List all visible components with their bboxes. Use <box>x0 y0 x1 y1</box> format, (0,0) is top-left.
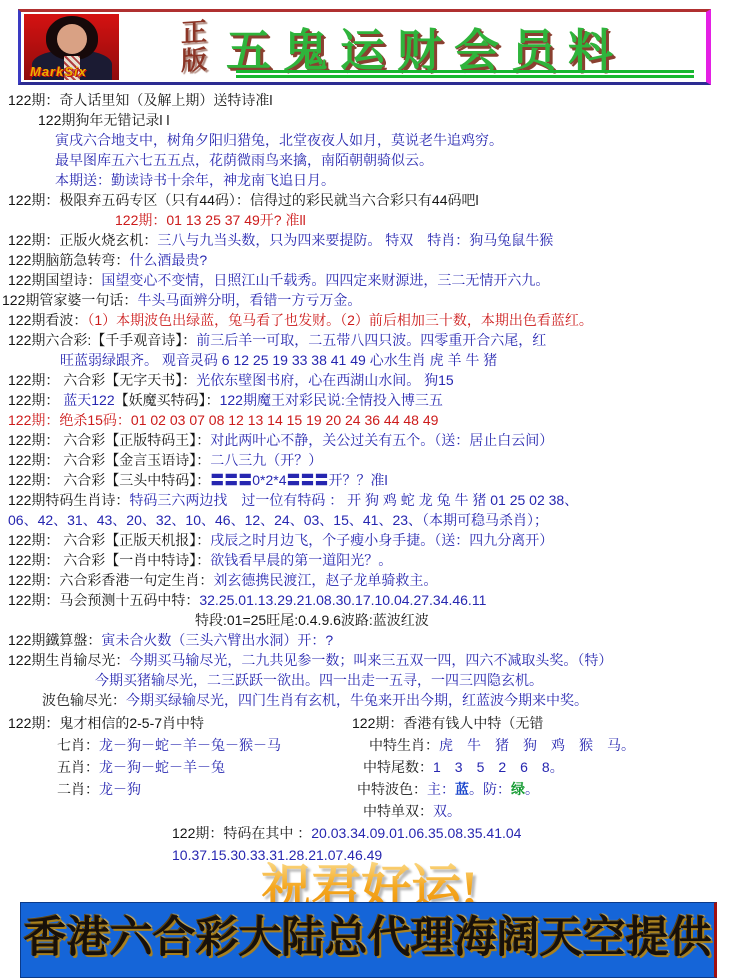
text-segment: 【妖魔买特码】： <box>115 392 220 408</box>
text-line: 中特尾数：1 3 5 2 6 8。 <box>352 756 739 778</box>
text-segment: 中特单双： <box>363 803 433 819</box>
text-line: 特段:01=25旺尾:0.4.9.6波路:蓝波红波 <box>0 610 739 630</box>
text-segment: 32.25.01.13.29.21.08.30.17.10.04.27.34.4… <box>199 592 486 608</box>
text-line: 中特生肖：虎 牛 猪 狗 鸡 猴 马。 <box>352 734 739 756</box>
text-line: 122期：马会预测十五码中特：32.25.01.13.29.21.08.30.1… <box>0 590 739 610</box>
text-segment: 欲钱看早晨的第一道阳光？。 <box>210 552 392 568</box>
text-segment: 五肖： <box>57 759 99 775</box>
text-line: 122期看波：（1）本期波色出绿蓝，兔马看了也发财。（2）前后相加三十数，本期出… <box>0 310 739 330</box>
text-segment: 龙－狗－蛇－羊－兔 <box>99 759 225 775</box>
text-segment: 旺蓝弱绿跟齐。 观音灵码 6 12 25 19 33 38 41 49 心水生肖… <box>60 352 497 368</box>
zodiac-column-right: 122期：香港有钱人中特（无错中特生肖：虎 牛 猪 狗 鸡 猴 马。中特尾数：1… <box>352 712 739 822</box>
text-segment: 122期： 六合彩【三头中特码】： <box>8 472 210 488</box>
text-segment: 龙－狗 <box>99 781 141 797</box>
text-line: 122期：正版火烧玄机：三八与九当头数，只为四来要提防。 特双 特肖：狗马兔鼠牛… <box>0 230 739 250</box>
text-segment: 122期： 六合彩【一肖中特诗】： <box>8 552 210 568</box>
text-segment: 二八三九（开？） <box>210 452 322 468</box>
text-segment: 二肖： <box>57 781 99 797</box>
edition-label: 正版 <box>181 17 211 75</box>
text-line: 中特单双：双。 <box>352 800 739 822</box>
text-segment: 寅未合火数（三头六臂出水洞）开：? <box>101 632 333 648</box>
title-underline <box>236 70 694 79</box>
text-segment: 今期买猪输尽光，二三跃跃一欲出。四一出走一五寻，一四三四隐玄机。 <box>95 672 543 688</box>
text-line: 122期管家婆一句话：牛头马面辨分明，看错一方亏万金。 <box>0 290 739 310</box>
text-line: 旺蓝弱绿跟齐。 观音灵码 6 12 25 19 33 38 41 49 心水生肖… <box>0 350 739 370</box>
text-segment: 122期鐵算盤： <box>8 632 101 648</box>
text-line: 今期买猪输尽光，二三跃跃一欲出。四一出走一五寻，一四三四隐玄机。 <box>0 670 739 690</box>
text-segment: 三八与九当头数，只为四来要提防。 特双 特肖：狗马兔鼠牛猴 <box>157 232 553 248</box>
portrait-photo: MarkSix <box>24 14 121 80</box>
text-segment: 122期： 六合彩【正版天机报】： <box>8 532 210 548</box>
text-segment: 122期：01 13 25 37 49开? 准ll <box>115 212 306 228</box>
text-segment: 122期：特码在其中 ： <box>172 825 311 841</box>
text-line: 122期六合彩:【千手观音诗】：前三后羊一可取，二五带八四只波。四零重开合六尾，… <box>0 330 739 350</box>
text-segment: 122期看波： <box>8 312 87 328</box>
text-segment: 。防： <box>469 781 511 797</box>
text-segment: 122期：六合彩香港一句定生肖： <box>8 572 213 588</box>
text-segment: 今期买绿输尽光，四门生肖有玄机，牛兔来开出今期，红蓝波今期来中奖。 <box>126 692 588 708</box>
text-segment: 06、42、31、43、20、32、10、46、12、24、03、15、41、2… <box>8 512 548 528</box>
text-segment: 中特尾数： <box>363 759 433 775</box>
text-line: 中特波色：主：蓝。防：绿。 <box>352 778 739 800</box>
text-segment: 主： <box>427 781 455 797</box>
zodiac-columns: 122期：鬼才相信的2-5-7肖中特七肖：龙－狗－蛇－羊－兔－猴－马五肖：龙－狗… <box>0 712 739 822</box>
text-segment: 开？？准l <box>329 472 388 488</box>
text-segment: 蓝天122 <box>63 392 114 408</box>
text-segment: 122期：香港有钱人中特（无错 <box>352 715 543 731</box>
text-line: 122期生肖输尽光：今期买马输尽光，二九共见参一数；叫来三五双一四，四六不减取头… <box>0 650 739 670</box>
text-line: 本期送：勤读诗书十余年，神龙南飞追日月。 <box>0 170 739 190</box>
text-line: 122期：极限弃五码专区（只有44码）：信得过的彩民就当六合彩只有44码吧l <box>0 190 739 210</box>
text-segment: 最早图库五六七五五点，花荫微雨鸟来擒，南陌朝朝骑似云。 <box>55 152 433 168</box>
text-line: 七肖：龙－狗－蛇－羊－兔－猴－马 <box>0 734 352 756</box>
text-segment: 122期狗年无错记录l l <box>38 112 169 128</box>
text-line: 122期： 六合彩【无字天书】：光依东壁图书府，心在西湖山水间。 狗15 <box>0 370 739 390</box>
text-line: 122期脑筋急转弯：什么酒最贵? <box>0 250 739 270</box>
text-segment: 虎 牛 猪 狗 鸡 猴 马。 <box>439 737 635 753</box>
text-segment: 122期特码生肖诗： <box>8 492 129 508</box>
text-line: 122期狗年无错记录l l <box>0 110 739 130</box>
text-segment: 122期： 六合彩【正版特码王】： <box>8 432 210 448</box>
text-segment: 20.03.34.09.01.06.35.08.35.41.04 <box>311 825 521 841</box>
text-segment: 〓〓〓 <box>287 472 329 488</box>
text-line: 122期：鬼才相信的2-5-7肖中特 <box>0 712 352 734</box>
text-line: 寅戌六合地支中，树角夕阳归猎兔，北堂夜夜人如月，莫说老牛追鸡穷。 <box>0 130 739 150</box>
text-segment: 122期国望诗： <box>8 272 101 288</box>
text-segment: 122期：极限弃五码专区（只有44码）：信得过的彩民就当六合彩只有44码吧l <box>8 192 479 208</box>
text-segment: 0*2*4 <box>252 472 286 488</box>
text-segment: 今期买马输尽光，二九共见参一数；叫来三五双一四，四六不减取头奖。（特） <box>129 652 612 668</box>
text-segment: 中特生肖： <box>369 737 439 753</box>
text-line: 122期：特码在其中 ：20.03.34.09.01.06.35.08.35.4… <box>0 822 739 844</box>
text-segment: 1 3 5 2 6 8。 <box>433 759 564 775</box>
text-segment: （1）本期波色出绿蓝，兔马看了也发财。（2）前后相加三十数，本期出色看蓝红。 <box>87 312 593 328</box>
text-line: 122期特码生肖诗：特码三六两边找 过一位有特码 ： 开 狗 鸡 蛇 龙 兔 牛… <box>0 490 739 510</box>
text-segment: 绿 <box>511 781 525 797</box>
text-segment: 122期六合彩:【千手观音诗】： <box>8 332 196 348</box>
text-segment: 蓝 <box>455 781 469 797</box>
text-segment: 波色输尽光： <box>42 692 126 708</box>
text-line: 122期：奇人话里知（及解上期）送特诗准l <box>0 90 739 110</box>
text-segment: 122期： <box>8 392 63 408</box>
text-segment: 戌辰之时月边飞，个子瘦小身手捷。（送：四九分离开） <box>210 532 553 548</box>
text-segment: 双。 <box>433 803 461 819</box>
text-segment: 122期： 六合彩【无字天书】： <box>8 372 196 388</box>
text-line: 122期： 六合彩【一肖中特诗】：欲钱看早晨的第一道阳光？。 <box>0 550 739 570</box>
tips-body: 122期：奇人话里知（及解上期）送特诗准l122期狗年无错记录l l寅戌六合地支… <box>0 90 739 710</box>
text-segment: 国望变心不变情，日照江山千载秀。四四定来财源进，三二无情开六九。 <box>101 272 549 288</box>
agency-banner: 香港六合彩大陆总代理海阔天空提供 <box>20 902 717 978</box>
text-segment: 122期： 六合彩【金言玉语诗】： <box>8 452 210 468</box>
text-segment: 。 <box>525 781 539 797</box>
text-line: 122期： 六合彩【正版特码王】：对此两叶心不静，关公过关有五个。（送：居止白云… <box>0 430 739 450</box>
text-segment: 〓〓〓 <box>210 472 252 488</box>
text-line: 122期： 六合彩【金言玉语诗】：二八三九（开？） <box>0 450 739 470</box>
text-segment: 牛头马面辨分明，看错一方亏万金。 <box>137 292 361 308</box>
portrait-face <box>57 24 87 54</box>
text-line: 122期鐵算盤：寅未合火数（三头六臂出水洞）开：? <box>0 630 739 650</box>
text-segment: 前三后羊一可取，二五带八四只波。四零重开合六尾，红 <box>196 332 546 348</box>
zodiac-column-left: 122期：鬼才相信的2-5-7肖中特七肖：龙－狗－蛇－羊－兔－猴－马五肖：龙－狗… <box>0 712 352 822</box>
text-segment: 特码三六两边找 过一位有特码 ： 开 狗 鸡 蛇 龙 兔 牛 猪 01 25 0… <box>129 492 578 508</box>
text-segment: 122期脑筋急转弯： <box>8 252 129 268</box>
text-line: 五肖：龙－狗－蛇－羊－兔 <box>0 756 352 778</box>
text-segment: 中特波色： <box>357 781 427 797</box>
text-segment: 122期魔王对彩民说:全情投入博三五 <box>220 392 443 408</box>
text-segment: 什么酒最贵? <box>129 252 207 268</box>
text-segment: 七肖： <box>57 737 99 753</box>
text-segment: 122期生肖输尽光： <box>8 652 129 668</box>
text-segment: 特段:01=25旺尾:0.4.9.6波路:蓝波红波 <box>195 612 429 628</box>
text-segment: 122期：马会预测十五码中特： <box>8 592 199 608</box>
text-line: 122期：绝杀15码：01 02 03 07 08 12 13 14 15 19… <box>0 410 739 430</box>
text-segment: 122期：奇人话里知（及解上期）送特诗准l <box>8 92 272 108</box>
text-line: 122期： 六合彩【三头中特码】：〓〓〓0*2*4〓〓〓开？？准l <box>0 470 739 490</box>
text-line: 122期：香港有钱人中特（无错 <box>352 712 739 734</box>
text-segment: 122期管家婆一句话： <box>2 292 137 308</box>
masthead: MarkSix 正版 五鬼运财会员料 <box>18 9 711 85</box>
text-line: 波色输尽光：今期买绿输尽光，四门生肖有玄机，牛兔来开出今期，红蓝波今期来中奖。 <box>0 690 739 710</box>
text-segment: 122期：鬼才相信的2-5-7肖中特 <box>8 715 204 731</box>
text-line: 二肖：龙－狗 <box>0 778 352 800</box>
text-line: 122期：六合彩香港一句定生肖：刘玄德携民渡江，赵子龙单骑救主。 <box>0 570 739 590</box>
text-segment: 122期：正版火烧玄机： <box>8 232 157 248</box>
text-segment: 寅戌六合地支中，树角夕阳归猎兔，北堂夜夜人如月，莫说老牛追鸡穷。 <box>55 132 503 148</box>
text-segment: 122期：绝杀15码：01 02 03 07 08 12 13 14 15 19… <box>8 412 438 428</box>
text-segment: 本期送：勤读诗书十余年，神龙南飞追日月。 <box>55 172 335 188</box>
text-segment: 光依东壁图书府，心在西湖山水间。 狗15 <box>196 372 453 388</box>
text-segment: 刘玄德携民渡江，赵子龙单骑救主。 <box>213 572 437 588</box>
text-segment: 龙－狗－蛇－羊－兔－猴－马 <box>99 737 281 753</box>
text-line: 122期： 六合彩【正版天机报】：戌辰之时月边飞，个子瘦小身手捷。（送：四九分离… <box>0 530 739 550</box>
text-line: 122期：01 13 25 37 49开? 准ll <box>0 210 739 230</box>
text-line: 122期国望诗：国望变心不变情，日照江山千载秀。四四定来财源进，三二无情开六九。 <box>0 270 739 290</box>
mark-six-label: MarkSix <box>30 64 87 79</box>
text-line: 06、42、31、43、20、32、10、46、12、24、03、15、41、2… <box>0 510 739 530</box>
text-segment: 对此两叶心不静，关公过关有五个。（送：居止白云间） <box>210 432 553 448</box>
text-line: 122期： 蓝天122【妖魔买特码】：122期魔王对彩民说:全情投入博三五 <box>0 390 739 410</box>
text-line: 最早图库五六七五五点，花荫微雨鸟来擒，南陌朝朝骑似云。 <box>0 150 739 170</box>
